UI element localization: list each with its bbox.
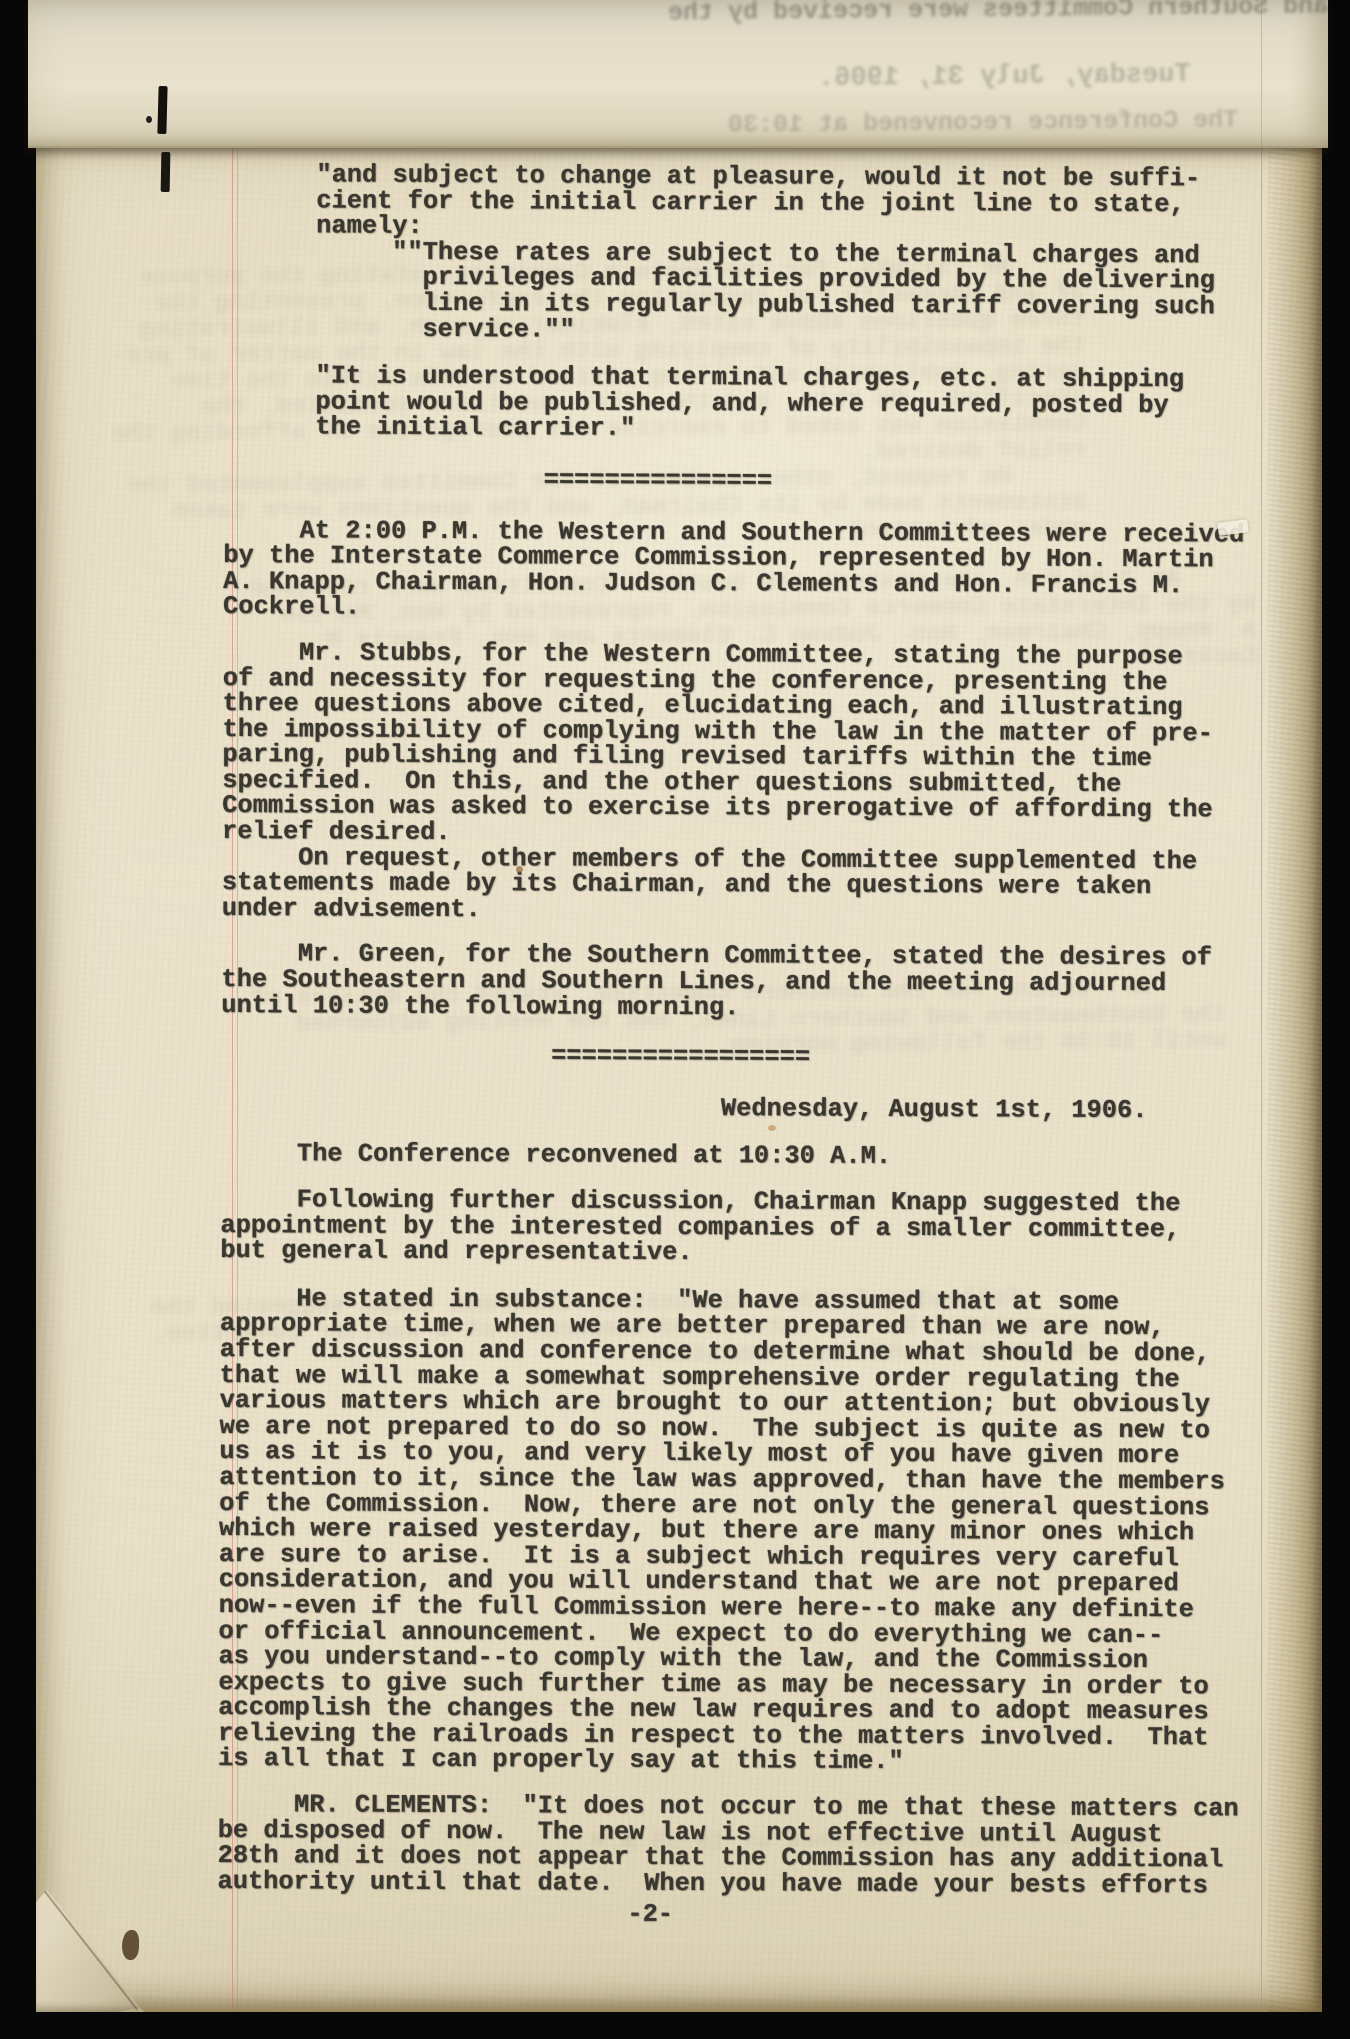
paragraph-knapp-statement: He stated in substance: "We have assumed…: [218, 1286, 1268, 1777]
rust-speck: [1041, 408, 1046, 413]
paragraph-committees-received: At 2:00 P.M. the Western and Southern Co…: [223, 518, 1271, 625]
paragraph-reconvened: The Conference reconvened at 10:30 A.M.: [221, 1141, 1269, 1171]
section-separator: ===============: [544, 467, 1272, 496]
folded-corner: [36, 1890, 154, 2012]
ink-bleedthrough-date: Tuesday, July 31, 1906.: [818, 60, 1191, 94]
quoted-terminal-charges-note: "It is understood that terminal charges,…: [224, 363, 1272, 444]
margin-rule-of-overlapping-page: [1261, 0, 1262, 146]
nested-quoted-tariff-note: ""These rates are subject to the termina…: [224, 239, 1272, 346]
section-separator: =================: [551, 1044, 1269, 1073]
binding-mark: [161, 152, 171, 192]
quoted-question-text: "and subject to change at pleasure, woul…: [225, 162, 1273, 243]
paper-right-edge: [1268, 140, 1322, 2012]
paragraph-knapp-suggestion: Following further discussion, Chairman K…: [220, 1187, 1268, 1268]
paper-bottom-edge: [36, 1996, 1322, 2012]
ink-bleedthrough-top: the Western and Southern Committees were…: [668, 0, 1328, 27]
ink-bleedthrough-line: The Conference reconvened at 10:30: [728, 105, 1238, 139]
binding-mark: [157, 86, 167, 134]
scanned-document-photo: Mr. Stubbs, for the Western Committee, s…: [0, 0, 1350, 2039]
binding-dot: [146, 116, 152, 123]
rust-speck: [768, 1125, 776, 1131]
paragraph-mr-clements: MR. CLEMENTS: "It does not occur to me t…: [217, 1792, 1265, 1899]
paragraph-mr-green: Mr. Green, for the Southern Committee, s…: [221, 941, 1269, 1022]
paper-hole: [122, 1930, 139, 1960]
typed-text-column: "and subject to change at pleasure, woul…: [217, 162, 1273, 1931]
document-page: Mr. Stubbs, for the Western Committee, s…: [36, 140, 1322, 2012]
rust-speck: [516, 866, 523, 873]
overlapping-page-edge: the Western and Southern Committees were…: [28, 0, 1328, 148]
page-number: -2-: [627, 1902, 1265, 1930]
paragraph-mr-stubbs: Mr. Stubbs, for the Western Committee, s…: [222, 640, 1271, 926]
date-heading: Wednesday, August 1st, 1906.: [721, 1096, 1269, 1124]
